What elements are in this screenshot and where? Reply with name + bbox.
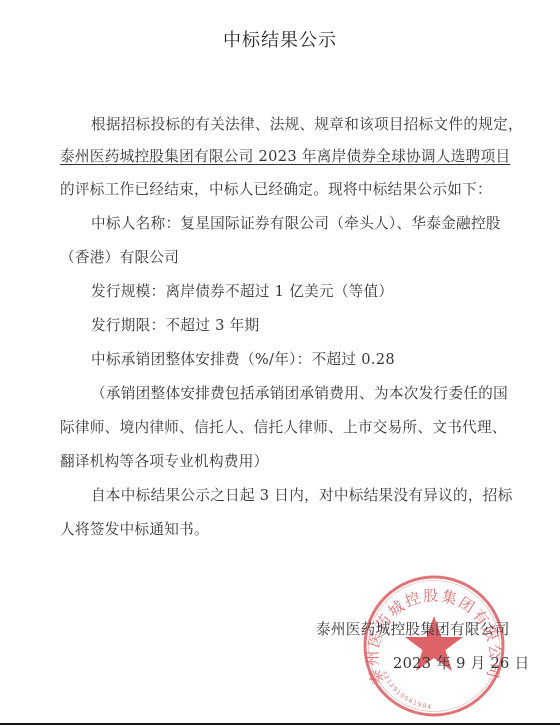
seal-serial: 3212910061984 <box>380 670 433 711</box>
bottom-rule <box>0 723 560 725</box>
issue-term: 发行期限：不超过 3 年期 <box>91 314 259 335</box>
signature-date: 2023 年 9 月 26 日 <box>393 652 529 673</box>
project-name: 泰州医药城控股集团有限公司 2023 年离岸债券全球协调人选聘项目 <box>60 145 510 166</box>
objection-line-1: 自本中标结果公示之日起 3 日内，对中标结果没有异议的，招标 <box>91 484 513 505</box>
winner-name-line-2: （香港）有限公司 <box>60 246 179 267</box>
winner-name-line-1: 中标人名称：复星国际证券有限公司（牵头人）、华泰金融控股 <box>91 212 501 233</box>
page-title: 中标结果公示 <box>0 26 560 52</box>
issue-scale: 发行规模：离岸债券不超过 1 亿美元（等值） <box>91 280 393 301</box>
svg-text:3212910061984: 3212910061984 <box>380 670 433 711</box>
fee-note-line-2: 际律师、境内律师、信托人、信托人律师、上市交易所、文书代理、 <box>60 416 507 437</box>
announcement-page: 中标结果公示 根据招标投标的有关法律、法规、规章和该项目招标文件的规定， 泰州医… <box>0 0 560 727</box>
objection-line-2: 人将签发中标通知书。 <box>60 518 209 539</box>
intro-line-1: 根据招标投标的有关法律、法规、规章和该项目招标文件的规定， <box>91 113 523 134</box>
intro-line-3: 的评标工作已经结束，中标人已经确定。现将中标结果公示如下： <box>60 178 492 199</box>
signatory-company: 泰州医药城控股集团有限公司 <box>316 618 510 639</box>
fee-note-line-3: 翻译机构等各项专业机构费用） <box>60 450 269 471</box>
arrangement-fee: 中标承销团整体安排费（%/年）：不超过 0.28 <box>91 348 395 369</box>
fee-note-line-1: （承销团整体安排费包括承销团承销费用、为本次发行委任的国 <box>91 382 508 403</box>
official-seal: 泰州医药城控股集团有限公司 3212910061984 <box>362 574 506 718</box>
